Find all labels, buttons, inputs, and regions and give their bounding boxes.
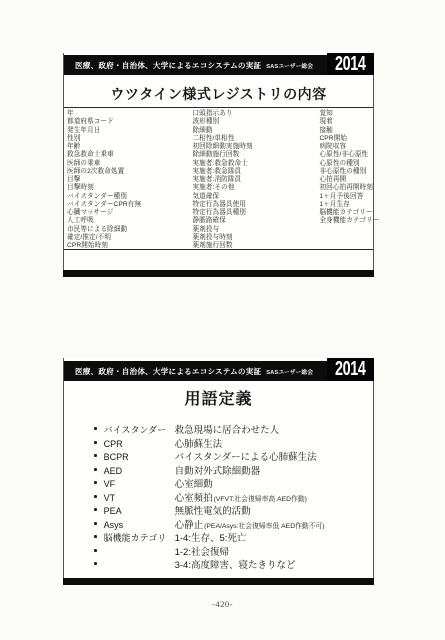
table-cell: 性別	[67, 135, 192, 143]
term-label: VF	[104, 479, 175, 489]
term-definition: 心室頻拍	[175, 490, 213, 504]
table-cell: 特定行為器具種別	[192, 209, 319, 217]
table-cell: CPR開始	[319, 135, 373, 143]
term-label: CPR	[104, 439, 175, 449]
table-cell: 脳機能カテゴリー	[319, 209, 373, 217]
table-cell: 発生年月日	[67, 127, 192, 135]
table-cell: 非心原性の種別	[319, 168, 373, 176]
table-cell: 心原性の種別	[319, 160, 373, 168]
term-note: (VFVT:社会復帰率高 AED作動)	[214, 493, 307, 503]
term-row: CPR 心肺蘇生法	[94, 436, 373, 450]
term-definition: 心室細動	[175, 476, 213, 490]
year-badge: 2014	[327, 53, 374, 75]
slide-utstein-registry: 医療、政府・自治体、大学によるエコシステムの実証 SASユーザー総会 2014 …	[63, 53, 374, 277]
table-cell: 市民等による除細動	[67, 226, 192, 234]
table-cell: 救急救命士乗車	[67, 151, 192, 159]
table-cell: 年齢	[67, 143, 192, 151]
slide-title: ウツタイン様式レジストリの内容	[64, 81, 373, 107]
page-number: -420-	[0, 599, 445, 609]
table-cell: 1ヶ月生存	[319, 201, 373, 209]
year-badge: 2014	[327, 358, 374, 381]
table-cell: 初回心拍再開時刻	[319, 184, 373, 192]
table-cell: 全身機能カテゴリー	[319, 217, 373, 225]
table-cell: 波形種別	[192, 118, 319, 126]
header-title: 医療、政府・自治体、大学によるエコシステムの実証	[75, 366, 261, 377]
table-cell: 静脈路確保	[192, 217, 319, 225]
term-row: BCPR バイスタンダーによる心肺蘇生法	[94, 449, 373, 463]
table-cell: 覚知	[319, 110, 373, 118]
term-row: 3-4:高度障害、寝たきりなど	[94, 557, 373, 571]
term-label: PEA	[104, 506, 175, 516]
term-label: 脳機能カテゴリ	[104, 531, 175, 544]
table-cell: 目撃	[67, 176, 192, 184]
term-row: バイスタンダー 救急現場に居合わせた人	[94, 422, 373, 436]
table-cell: 確定/推定/不明	[67, 234, 192, 242]
header-title: 医療、政府・自治体、大学によるエコシステムの実証	[75, 60, 261, 71]
bullet-icon	[94, 562, 97, 565]
table-cell: 初回除細動実施時刻	[192, 143, 319, 151]
slide-header-bar: 医療、政府・自治体、大学によるエコシステムの実証 SASユーザー総会 2014	[64, 361, 373, 381]
term-row: 脳機能カテゴリ 1-4:生存、5:死亡	[94, 530, 373, 544]
term-row: Asys 心静止 (PEA/Asys:社会復帰率低 AED作動不可)	[94, 517, 373, 531]
table-cell: CPR開始時刻	[67, 242, 192, 250]
term-definition: 救急現場に居合わせた人	[175, 422, 280, 436]
bullet-icon	[94, 495, 97, 498]
term-definition: 3-4:高度障害、寝たきりなど	[175, 557, 296, 571]
table-cell: 除細動	[192, 127, 319, 135]
term-definition: 心静止	[175, 517, 204, 531]
bullet-icon	[94, 522, 97, 525]
term-row: 1-2:社会復帰	[94, 544, 373, 558]
slide-footer-band	[63, 270, 374, 277]
term-definition: 心肺蘇生法	[175, 436, 223, 450]
bullet-icon	[94, 427, 97, 430]
term-row: PEA 無脈性電気的活動	[94, 503, 373, 517]
slide-term-definitions: 医療、政府・自治体、大学によるエコシステムの実証 SASユーザー総会 2014 …	[63, 358, 374, 585]
registry-table: 年都道府県コード発生年月日性別年齢救急救命士乗車医師の乗車医師の2次救命処置目撃…	[64, 107, 373, 250]
term-row: AED 自動対外式除細動器	[94, 463, 373, 477]
bullet-icon	[94, 535, 97, 538]
term-row: VT 心室頻拍 (VFVT:社会復帰率高 AED作動)	[94, 490, 373, 504]
table-cell: 薬剤投与時刻	[192, 234, 319, 242]
term-definition: バイスタンダーによる心肺蘇生法	[175, 449, 317, 463]
term-row: VF 心室細動	[94, 476, 373, 490]
table-cell: バイスタンダー種別	[67, 193, 192, 201]
scanned-page: 医療、政府・自治体、大学によるエコシステムの実証 SASユーザー総会 2014 …	[0, 0, 445, 640]
bullet-icon	[94, 454, 97, 457]
slide-footer-band	[63, 578, 374, 585]
table-cell: 薬剤施行回数	[192, 242, 319, 250]
header-subtitle: SASユーザー総会	[266, 367, 313, 376]
table-cell: 医師の2次救命処置	[67, 168, 192, 176]
bullet-icon	[94, 549, 97, 552]
table-cell: 特定行為器具使用	[192, 201, 319, 209]
table-cell: 実施者:その他	[192, 184, 319, 192]
term-label: BCPR	[104, 452, 175, 462]
table-cell: 二相性/単相性	[192, 135, 319, 143]
table-column-2: 口頭指示あり波形種別除細動二相性/単相性初回除細動実施時刻除細動施行回数実施者:…	[192, 110, 319, 249]
term-label: バイスタンダー	[104, 423, 175, 436]
table-cell: 実施者:救急救命士	[192, 160, 319, 168]
table-cell: 心原性/非心原性	[319, 151, 373, 159]
term-label: AED	[104, 466, 175, 476]
term-definition: 1-2:社会復帰	[175, 544, 229, 558]
slide-title: 用語定義	[64, 387, 373, 413]
term-definition: 自動対外式除細動器	[175, 463, 261, 477]
table-cell: バイスタンダーCPR有無	[67, 201, 192, 209]
table-cell: 都道府県コード	[67, 118, 192, 126]
table-cell: 気道確保	[192, 193, 319, 201]
table-cell: 実施者:救急隊員	[192, 168, 319, 176]
slide-header-bar: 医療、政府・自治体、大学によるエコシステムの実証 SASユーザー総会 2014	[64, 55, 373, 75]
table-cell: 心臓マッサージ	[67, 209, 192, 217]
table-cell: 医師の乗車	[67, 160, 192, 168]
table-cell: 心拍再開	[319, 176, 373, 184]
table-cell: 人工呼吸	[67, 217, 192, 225]
term-definition: 無脈性電気的活動	[175, 503, 251, 517]
term-definition: 1-4:生存、5:死亡	[175, 530, 247, 544]
table-column-3: 覚知現着接触CPR開始病院収容心原性/非心原性心原性の種別非心原性の種別心拍再開…	[319, 110, 373, 249]
table-cell: 1ヶ月予後回答	[319, 193, 373, 201]
table-cell: 目撃時刻	[67, 184, 192, 192]
table-cell: 薬剤投与	[192, 226, 319, 234]
bullet-icon	[94, 508, 97, 511]
term-note: (PEA/Asys:社会復帰率低 AED作動不可)	[204, 520, 324, 530]
table-cell: 年	[67, 110, 192, 118]
table-cell: 病院収容	[319, 143, 373, 151]
table-cell: 口頭指示あり	[192, 110, 319, 118]
terms-list: バイスタンダー 救急現場に居合わせた人 CPR 心肺蘇生法 BCPR バイスタン…	[64, 422, 373, 571]
table-cell: 実施者:消防隊員	[192, 176, 319, 184]
bullet-icon	[94, 441, 97, 444]
table-cell: 除細動施行回数	[192, 151, 319, 159]
term-label: VT	[104, 493, 175, 503]
table-cell: 接触	[319, 127, 373, 135]
term-label: Asys	[104, 520, 175, 530]
header-subtitle: SASユーザー総会	[266, 61, 313, 70]
table-cell: 現着	[319, 118, 373, 126]
bullet-icon	[94, 481, 97, 484]
table-column-1: 年都道府県コード発生年月日性別年齢救急救命士乗車医師の乗車医師の2次救命処置目撃…	[67, 110, 192, 249]
bullet-icon	[94, 468, 97, 471]
